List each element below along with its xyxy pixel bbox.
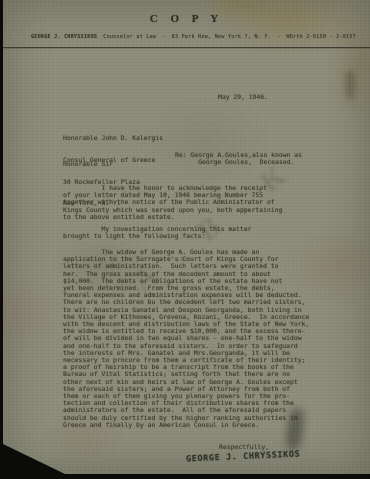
salutation: Honorable Sir — [63, 161, 113, 168]
letterhead-attorney-name: GEORGE J. CHRYSSIKOS — [31, 34, 97, 40]
letterhead: GEORGE J. CHRYSSIKOS Counselor at Law - … — [31, 34, 356, 40]
letterhead-divider — [3, 47, 370, 48]
letterhead-phone: WOrth 2-0150 - 2-0157 — [286, 34, 356, 40]
letterhead-separator: - — [162, 34, 165, 40]
re-subject-block: Re: George A.Goules,also known as George… — [175, 152, 302, 166]
date-line: May 29, 1946. — [218, 94, 268, 101]
signature-stamp: GEORGE J. CHRYSSIKOS — [186, 450, 301, 465]
letterhead-address: 63 Park Row, New York 7, N. Y. — [172, 34, 271, 40]
letterhead-separator: - — [277, 34, 280, 40]
stain-blob — [345, 70, 355, 100]
paragraph-investigation: My investigation concerning this matter … — [63, 226, 335, 240]
letterhead-title: Counselor at Law — [103, 34, 156, 40]
copy-title: C O P Y — [3, 13, 370, 25]
letter-page: A.B.K C O P Y GEORGE J. CHRYSSIKOS Couns… — [3, 0, 370, 474]
photo-backdrop: A.B.K C O P Y GEORGE J. CHRYSSIKOS Couns… — [0, 0, 370, 479]
paragraph-estate-facts: The widow of George A. Goules has made a… — [63, 249, 339, 429]
paragraph-acknowledgement: I have the honor to acknowledge the rece… — [63, 185, 335, 221]
closing-respectfully: Respectfully, — [219, 444, 269, 451]
recipient-name: Honorable John D. Kalergis — [63, 135, 163, 142]
